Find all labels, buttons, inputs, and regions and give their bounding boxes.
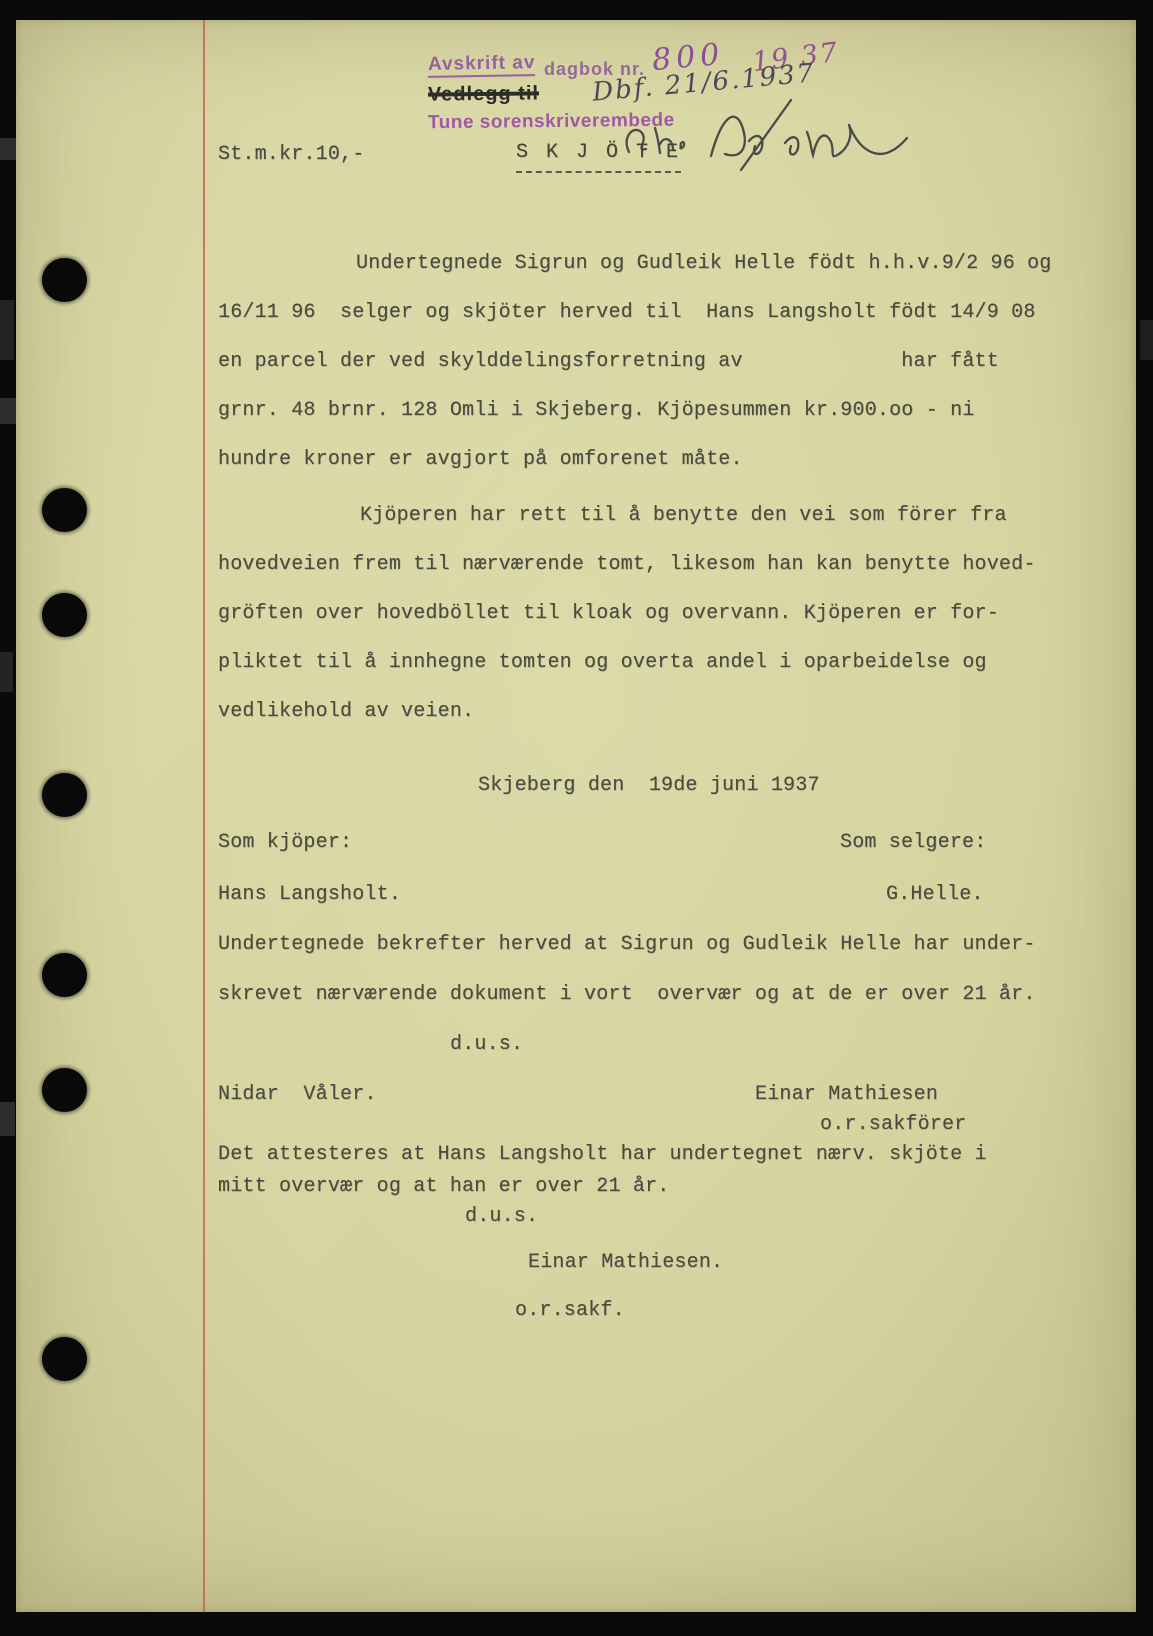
body-line: Undertegnede Sigrun og Gudleik Helle föd…	[356, 251, 1052, 277]
witness-line: Undertegnede bekrefter herved at Sigrun …	[218, 932, 1036, 958]
punch-hole	[42, 1068, 87, 1112]
body-line: hovedveien frem til nærværende tomt, lik…	[218, 552, 1036, 578]
witness-left-name: Nidar Våler.	[218, 1082, 377, 1108]
body-line: pliktet til å innhegne tomten og overta …	[218, 650, 987, 676]
scan-edge-streak	[0, 652, 13, 692]
seller-label: Som selgere:	[840, 830, 986, 856]
margin-line	[203, 20, 205, 1612]
body-line: Kjöperen har rett til å benytte den vei …	[360, 503, 1007, 529]
body-line: vedlikehold av veien.	[218, 699, 474, 725]
attestation-line: mitt overvær og at han er over 21 år.	[218, 1174, 669, 1200]
document-title: S K J Ö T E	[516, 140, 681, 173]
witness-right-title: o.r.sakförer	[820, 1112, 966, 1138]
buyer-label: Som kjöper:	[218, 830, 352, 856]
body-line: en parcel der ved skylddelingsforretning…	[218, 349, 999, 375]
witness-line: skrevet nærværende dokument i vort overv…	[218, 982, 1036, 1008]
stamp-fee-note: St.m.kr.10,-	[218, 142, 364, 168]
stamp-avskrift-av: Avskrift av	[428, 52, 536, 78]
stamp-vedlegg-til-struck: Vedlegg til	[428, 82, 539, 106]
dus-abbreviation: d.u.s.	[465, 1204, 538, 1230]
body-line: hundre kroner er avgjort på omforenet må…	[218, 447, 743, 473]
witness-right-name: Einar Mathiesen	[755, 1082, 938, 1108]
punch-hole	[42, 1337, 87, 1381]
body-line: gröften over hovedböllet til kloak og ov…	[218, 601, 999, 627]
scan-edge-streak	[1140, 320, 1153, 360]
buyer-name: Hans Langsholt.	[218, 882, 401, 908]
punch-hole	[42, 593, 87, 637]
attestation-title: o.r.sakf.	[515, 1298, 625, 1324]
body-line: grnr. 48 brnr. 128 Omli i Skjeberg. Kjöp…	[218, 398, 975, 424]
scan-edge-streak	[0, 1102, 15, 1136]
scan-edge-streak	[0, 398, 16, 424]
punch-hole	[42, 258, 87, 302]
scan-edge-streak	[0, 300, 14, 360]
punch-hole	[42, 953, 87, 997]
punch-hole	[42, 488, 87, 532]
attestation-line: Det attesteres at Hans Langsholt har und…	[218, 1142, 987, 1168]
scanned-document-page: Avskrift av dagbok nr. 800 19 37 Vedlegg…	[0, 0, 1153, 1636]
body-line: 16/11 96 selger og skjöter herved til Ha…	[218, 300, 1036, 326]
punch-hole	[42, 773, 87, 817]
seller-name: G.Helle.	[886, 882, 984, 908]
attestation-name: Einar Mathiesen.	[528, 1250, 723, 1276]
dus-abbreviation: d.u.s.	[450, 1032, 523, 1058]
dateline: Skjeberg den 19de juni 1937	[478, 773, 820, 799]
